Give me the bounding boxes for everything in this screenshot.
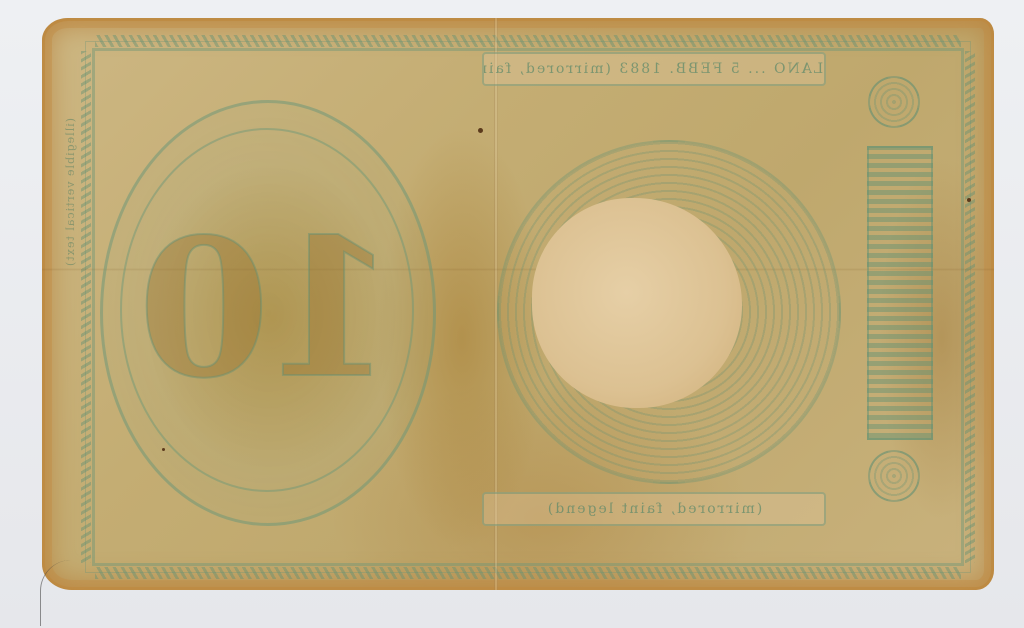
bottom-legend-text: (mirrored, faint legend) [482,492,826,526]
ink-speck [478,128,483,133]
corner-ornament-top-right [868,76,920,128]
ink-speck [162,448,165,451]
right-text-panel [867,146,933,440]
top-guilloche-band [95,35,961,47]
denomination-numeral: 10 [160,188,380,428]
bottom-guilloche-band [95,567,961,579]
right-guilloche-band [965,51,975,563]
ink-speck [967,198,971,202]
top-legend-text: MILANO ... 5 FEBB. 1883 (mirrored, faint… [482,52,826,86]
corner-ornament-bottom-right [868,450,920,502]
banknote: 10 MILANO ... 5 FEBB. 1883 (mirrored, fa… [42,18,994,590]
left-vertical-text: (illegible vertical text) [64,118,84,518]
watermark-area [532,198,742,408]
